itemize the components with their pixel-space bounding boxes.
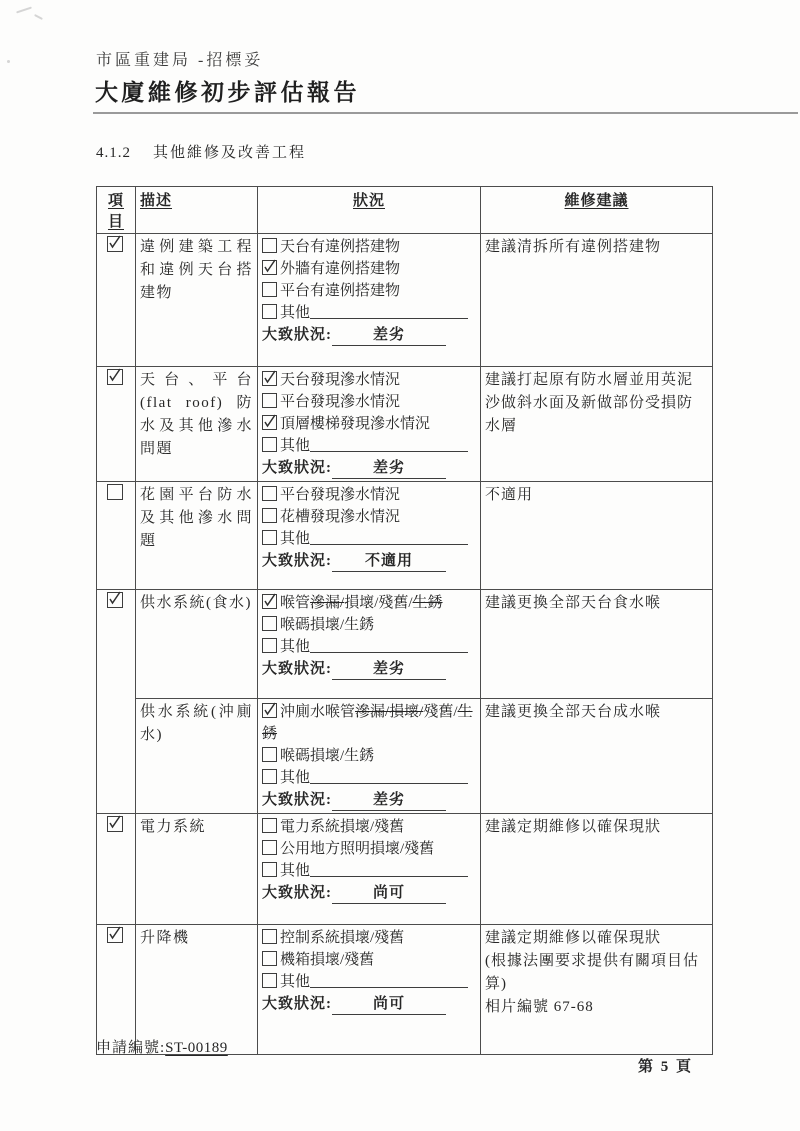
application-number-value: ST-00189 [165,1040,228,1056]
checkbox-checked[interactable] [107,927,123,943]
overall-condition-line: 大致狀況:差劣 [262,789,476,811]
assessment-table: 項目 描述 狀況 維修建議 違例建築工程和違例天台搭建物天台有違例搭建物外牆有違… [96,186,713,1055]
blank-underline [310,769,468,784]
checkbox-checked[interactable] [262,415,277,430]
checkbox-checked[interactable] [262,594,277,609]
recommendation-cell: 建議定期維修以確保現狀 [481,814,713,925]
condition-line: 電力系統損壞/殘舊 [262,816,476,838]
item-cell [97,234,136,367]
overall-condition-value: 差劣 [332,458,446,479]
condition-text: 其他 [280,438,310,454]
recommendation-cell: 建議打起原有防水層並用英泥沙做斜水面及新做部份受損防水層 [481,367,713,482]
scan-artifact [7,60,10,63]
condition-text: 外牆有違例搭建物 [280,261,400,277]
condition-line: 其他 [262,435,476,457]
recommendation-line: 不適用 [485,484,708,507]
recommendation-line: (根據法團要求提供有關項目估算) [485,950,708,996]
blank-underline [310,530,468,545]
page-title: 大廈維修初步評估報告 [95,74,360,107]
checkbox-unchecked[interactable] [262,929,277,944]
header-item: 項目 [97,187,136,234]
condition-text: 喉管 [280,595,310,611]
overall-condition-line: 大致狀況:差劣 [262,457,476,479]
condition-line: 其他 [262,971,476,993]
condition-cell: 控制系統損壞/殘舊機箱損壞/殘舊其他大致狀況:尚可 [258,925,481,1055]
checkbox-checked[interactable] [107,369,123,385]
description-cell: 電力系統 [136,814,258,925]
description-cell: 供水系統(沖廁水) [136,699,258,814]
checkbox-unchecked[interactable] [262,951,277,966]
item-cell [97,367,136,482]
recommendation-line: 建議更換全部天台成水喉 [485,701,708,724]
condition-line: 平台有違例搭建物 [262,280,476,302]
overall-condition-line: 大致狀況:尚可 [262,993,476,1015]
description-cell: 花園平台防水及其他滲水問題 [136,482,258,590]
application-number: 申請編號:ST-00189 [96,1036,228,1057]
recommendation-line: 建議打起原有防水層並用英泥沙做斜水面及新做部份受損防水層 [485,369,708,438]
header-condition: 狀況 [258,187,481,234]
condition-line: 其他 [262,860,476,882]
page-number: 第 5 頁 [638,1055,693,1076]
org-line: 市區重建局 -招標妥 [96,47,263,70]
condition-line: 其他 [262,636,476,658]
checkbox-unchecked[interactable] [262,769,277,784]
checkbox-checked[interactable] [107,592,123,608]
condition-text: 喉碼損壞/生銹 [280,748,374,764]
checkbox-unchecked[interactable] [262,616,277,631]
checkbox-unchecked[interactable] [262,638,277,653]
overall-condition-label: 大致狀況: [262,457,332,479]
overall-condition-line: 大致狀況:差劣 [262,658,476,680]
recommendation-cell: 建議更換全部天台成水喉 [481,699,713,814]
checkbox-unchecked[interactable] [262,486,277,501]
condition-text: 天台發現滲水情況 [280,372,400,388]
condition-text: 其他 [280,639,310,655]
condition-text: 公用地方照明損壞/殘舊 [280,841,434,857]
checkbox-checked[interactable] [262,371,277,386]
header-description: 描述 [136,187,258,234]
recommendation-cell: 建議清拆所有違例搭建物 [481,234,713,367]
recommendation-cell: 建議更換全部天台食水喉 [481,590,713,699]
table-header-row: 項目 描述 狀況 維修建議 [97,187,713,234]
condition-text: 平台發現滲水情況 [280,487,400,503]
checkbox-unchecked[interactable] [262,862,277,877]
condition-line: 公用地方照明損壞/殘舊 [262,838,476,860]
condition-text: 殘舊/ [423,704,457,720]
checkbox-unchecked[interactable] [262,530,277,545]
condition-text: 其他 [280,305,310,321]
condition-text-struck: 滲漏/ [310,595,344,611]
condition-line: 頂層樓梯發現滲水情況 [262,413,476,435]
overall-condition-label: 大致狀況: [262,789,332,811]
scan-artifact [16,7,32,14]
checkbox-unchecked[interactable] [262,818,277,833]
condition-text: 天台有違例搭建物 [280,239,400,255]
recommendation-line: 建議更換全部天台食水喉 [485,592,708,615]
table-row: 天台、平台(flat roof) 防水及其他滲水問題天台發現滲水情況平台發現滲水… [97,367,713,482]
title-divider [93,112,798,114]
overall-condition-value: 尚可 [332,994,446,1015]
condition-text: 機箱損壞/殘舊 [280,952,374,968]
condition-text: 沖廁水喉管 [280,704,355,720]
description-cell: 升降機 [136,925,258,1055]
blank-underline [310,638,468,653]
checkbox-checked[interactable] [262,260,277,275]
report-page: 市區重建局 -招標妥 大廈維修初步評估報告 4.1.2其他維修及改善工程 項目 … [0,0,800,1131]
overall-condition-value: 差劣 [332,790,446,811]
recommendation-line: 建議清拆所有違例搭建物 [485,236,708,259]
blank-underline [310,973,468,988]
checkbox-checked[interactable] [262,703,277,718]
overall-condition-line: 大致狀況:差劣 [262,324,476,346]
checkbox-unchecked[interactable] [262,282,277,297]
condition-cell: 沖廁水喉管滲漏/損壞/殘舊/生銹喉碼損壞/生銹其他大致狀況:差劣 [258,699,481,814]
overall-condition-label: 大致狀況: [262,658,332,680]
condition-text: 喉碼損壞/生銹 [280,617,374,633]
checkbox-unchecked[interactable] [107,484,123,500]
condition-text: 控制系統損壞/殘舊 [280,930,404,946]
table-row: 升降機控制系統損壞/殘舊機箱損壞/殘舊其他大致狀況:尚可建議定期維修以確保現狀(… [97,925,713,1055]
condition-text: 電力系統損壞/殘舊 [280,819,404,835]
item-cell [97,814,136,925]
blank-underline [310,304,468,319]
recommendation-cell: 不適用 [481,482,713,590]
item-cell [97,590,136,814]
condition-cell: 天台有違例搭建物外牆有違例搭建物平台有違例搭建物其他大致狀況:差劣 [258,234,481,367]
overall-condition-line: 大致狀況:尚可 [262,882,476,904]
item-cell [97,482,136,590]
condition-line: 天台有違例搭建物 [262,236,476,258]
condition-text: 花槽發現滲水情況 [280,509,400,525]
header-recommendation: 維修建議 [481,187,713,234]
condition-line: 機箱損壞/殘舊 [262,949,476,971]
overall-condition-value: 差劣 [332,325,446,346]
scan-artifact [34,14,43,20]
section-number: 4.1.2 [96,145,131,161]
condition-text: 其他 [280,974,310,990]
condition-line: 沖廁水喉管滲漏/損壞/殘舊/生銹 [262,701,476,745]
condition-text: 其他 [280,863,310,879]
application-number-label: 申請編號: [96,1040,165,1056]
condition-cell: 電力系統損壞/殘舊公用地方照明損壞/殘舊其他大致狀況:尚可 [258,814,481,925]
description-cell: 違例建築工程和違例天台搭建物 [136,234,258,367]
condition-line: 喉管滲漏/損壞/殘舊/生銹 [262,592,476,614]
condition-line: 其他 [262,767,476,789]
overall-condition-value: 尚可 [332,883,446,904]
condition-text: 平台有違例搭建物 [280,283,400,299]
checkbox-unchecked[interactable] [262,393,277,408]
overall-condition-value: 差劣 [332,659,446,680]
condition-line: 花槽發現滲水情況 [262,506,476,528]
section-title: 其他維修及改善工程 [153,145,306,161]
condition-cell: 天台發現滲水情況平台發現滲水情況頂層樓梯發現滲水情況其他大致狀況:差劣 [258,367,481,482]
checkbox-unchecked[interactable] [262,238,277,253]
table-row: 供水系統(食水)喉管滲漏/損壞/殘舊/生銹喉碼損壞/生銹其他大致狀況:差劣建議更… [97,590,713,699]
recommendation-line: 相片編號 67-68 [485,996,708,1019]
condition-line: 平台發現滲水情況 [262,391,476,413]
checkbox-unchecked[interactable] [262,747,277,762]
condition-text: 其他 [280,531,310,547]
condition-cell: 喉管滲漏/損壞/殘舊/生銹喉碼損壞/生銹其他大致狀況:差劣 [258,590,481,699]
blank-underline [310,862,468,877]
condition-line: 控制系統損壞/殘舊 [262,927,476,949]
table-row: 電力系統電力系統損壞/殘舊公用地方照明損壞/殘舊其他大致狀況:尚可建議定期維修以… [97,814,713,925]
section-heading: 4.1.2其他維修及改善工程 [96,141,306,162]
description-cell: 天台、平台(flat roof) 防水及其他滲水問題 [136,367,258,482]
item-cell [97,925,136,1055]
condition-line: 喉碼損壞/生銹 [262,745,476,767]
checkbox-checked[interactable] [107,236,123,252]
checkbox-checked[interactable] [107,816,123,832]
condition-text: 頂層樓梯發現滲水情況 [280,416,430,432]
condition-cell: 平台發現滲水情況花槽發現滲水情況其他大致狀況:不適用 [258,482,481,590]
table-row: 供水系統(沖廁水)沖廁水喉管滲漏/損壞/殘舊/生銹喉碼損壞/生銹其他大致狀況:差… [97,699,713,814]
condition-line: 喉碼損壞/生銹 [262,614,476,636]
condition-line: 其他 [262,302,476,324]
condition-line: 其他 [262,528,476,550]
condition-line: 平台發現滲水情況 [262,484,476,506]
overall-condition-value: 不適用 [332,551,446,572]
recommendation-line: 建議定期維修以確保現狀 [485,927,708,950]
condition-text: 損壞/殘舊/ [344,595,412,611]
checkbox-unchecked[interactable] [262,508,277,523]
overall-condition-label: 大致狀況: [262,324,332,346]
description-cell: 供水系統(食水) [136,590,258,699]
checkbox-unchecked[interactable] [262,973,277,988]
condition-line: 天台發現滲水情況 [262,369,476,391]
overall-condition-label: 大致狀況: [262,993,332,1015]
checkbox-unchecked[interactable] [262,304,277,319]
condition-text-struck: 滲漏/損壞/ [355,704,423,720]
blank-underline [310,437,468,452]
table-row: 違例建築工程和違例天台搭建物天台有違例搭建物外牆有違例搭建物平台有違例搭建物其他… [97,234,713,367]
recommendation-cell: 建議定期維修以確保現狀(根據法團要求提供有關項目估算)相片編號 67-68 [481,925,713,1055]
condition-line: 外牆有違例搭建物 [262,258,476,280]
checkbox-unchecked[interactable] [262,437,277,452]
recommendation-line: 建議定期維修以確保現狀 [485,816,708,839]
condition-text: 其他 [280,770,310,786]
overall-condition-label: 大致狀況: [262,550,332,572]
checkbox-unchecked[interactable] [262,840,277,855]
condition-text-struck: 生銹 [413,595,443,611]
condition-text: 平台發現滲水情況 [280,394,400,410]
table-row: 花園平台防水及其他滲水問題平台發現滲水情況花槽發現滲水情況其他大致狀況:不適用不… [97,482,713,590]
overall-condition-label: 大致狀況: [262,882,332,904]
overall-condition-line: 大致狀況:不適用 [262,550,476,572]
